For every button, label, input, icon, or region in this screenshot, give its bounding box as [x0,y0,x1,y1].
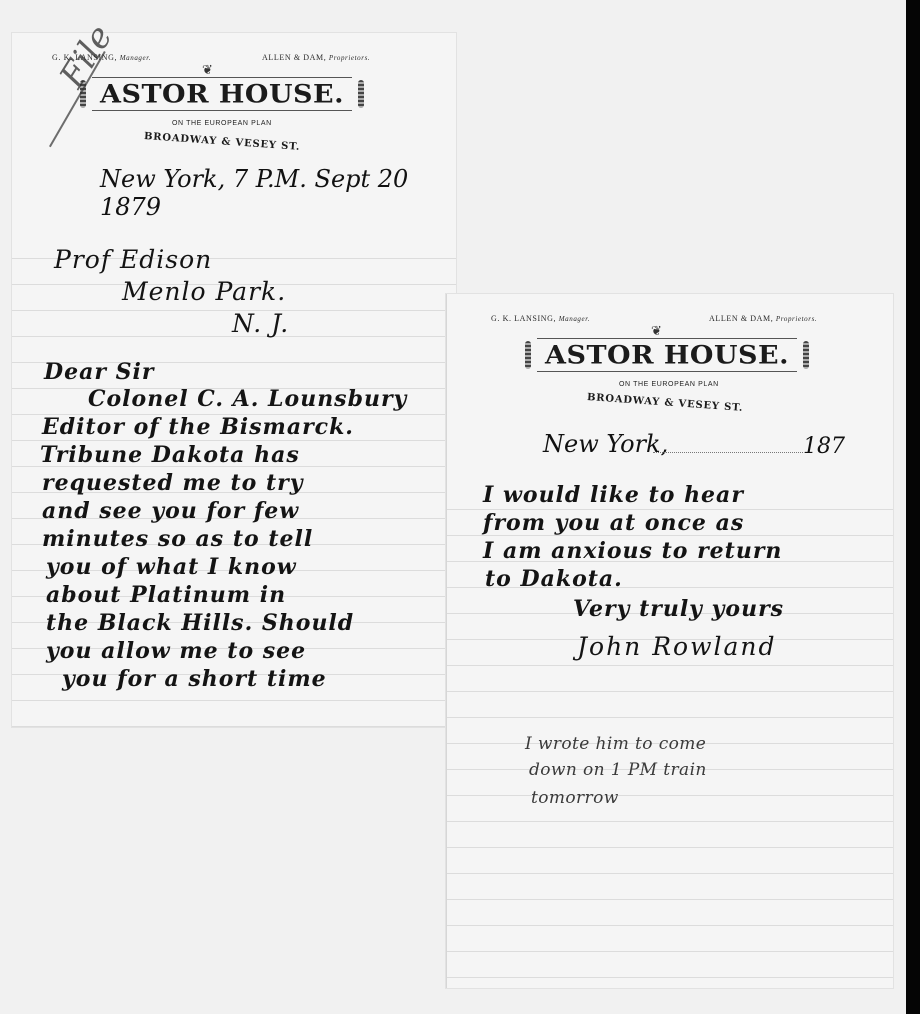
proprietors-role: Proprietors. [329,54,370,62]
body-line: you of what I know [46,554,297,580]
proprietors-name: ALLEN & DAM, [709,314,773,323]
pencil-note-line: I wrote him to come [525,734,706,754]
letterhead-proprietors: ALLEN & DAM, Proprietors. [709,314,817,323]
body-line: and see you for few [42,498,299,524]
body-line: Editor of the Bismarck. [42,414,354,440]
body-line: about Platinum in [46,582,286,608]
plan-text: ON THE EUROPEAN PLAN [172,120,272,127]
letter-page-1: G. K. LANSING, Manager. ALLEN & DAM, Pro… [12,33,456,727]
body-line: you allow me to see [46,638,306,664]
body-line: you for a short time [62,666,327,692]
dateline-city: New York, [543,430,668,458]
hotel-address: BROADWAY & VESEY ST. [587,392,744,414]
wheat-ornament-icon [803,341,809,369]
plan-text: ON THE EUROPEAN PLAN [619,381,719,388]
signature: John Rowland [577,632,777,661]
proprietors-name: ALLEN & DAM, [262,53,326,62]
letterhead-manager: G. K. LANSING, Manager. [491,314,590,323]
body-line: from you at once as [483,510,744,536]
letterhead-proprietors: ALLEN & DAM, Proprietors. [262,53,370,62]
addressee-place: Menlo Park. [122,277,286,306]
hotel-name-banner: ASTOR HOUSE. [92,77,352,111]
letter-page-2: G. K. LANSING, Manager. ALLEN & DAM, Pro… [446,294,893,988]
hotel-name: ASTOR HOUSE. [545,341,789,370]
body-line: Colonel C. A. Lounsbury [88,386,407,412]
dateline-year: 187 [803,434,845,459]
salutation: Dear Sir [44,359,154,385]
manager-role: Manager. [559,315,590,323]
manager-name: G. K. LANSING, [491,314,556,323]
body-line: minutes so as to tell [42,526,313,552]
closing: Very truly yours [573,596,784,622]
hotel-name: ASTOR HOUSE. [100,80,344,109]
manager-role: Manager. [120,54,151,62]
letterhead: G. K. LANSING, Manager. ALLEN & DAM, Pro… [447,294,893,484]
addressee-name: Prof Edison [54,245,212,274]
dateline: New York, 7 P.M. Sept 20 1879 [100,165,456,221]
wheat-ornament-icon [525,341,531,369]
wheat-ornament-icon [358,80,364,108]
hotel-name-banner: ASTOR HOUSE. [537,338,797,372]
body-line: I would like to hear [483,482,744,508]
letterhead: G. K. LANSING, Manager. ALLEN & DAM, Pro… [12,33,456,223]
date-rule [653,452,803,453]
addressee-state: N. J. [232,309,289,338]
pencil-note-line: tomorrow [531,788,619,808]
flourish-ornament-icon: ❦ [651,324,662,339]
body-line: to Dakota. [485,566,623,592]
body-line: Tribune Dakota has [40,442,300,468]
flourish-ornament-icon: ❦ [202,63,213,78]
scan-edge-strip [906,0,920,1014]
hotel-address: BROADWAY & VESEY ST. [144,131,301,153]
body-line: I am anxious to return [483,538,782,564]
pencil-note-line: down on 1 PM train [529,760,707,780]
body-line: requested me to try [42,470,304,496]
proprietors-role: Proprietors. [776,315,817,323]
body-line: the Black Hills. Should [46,610,354,636]
